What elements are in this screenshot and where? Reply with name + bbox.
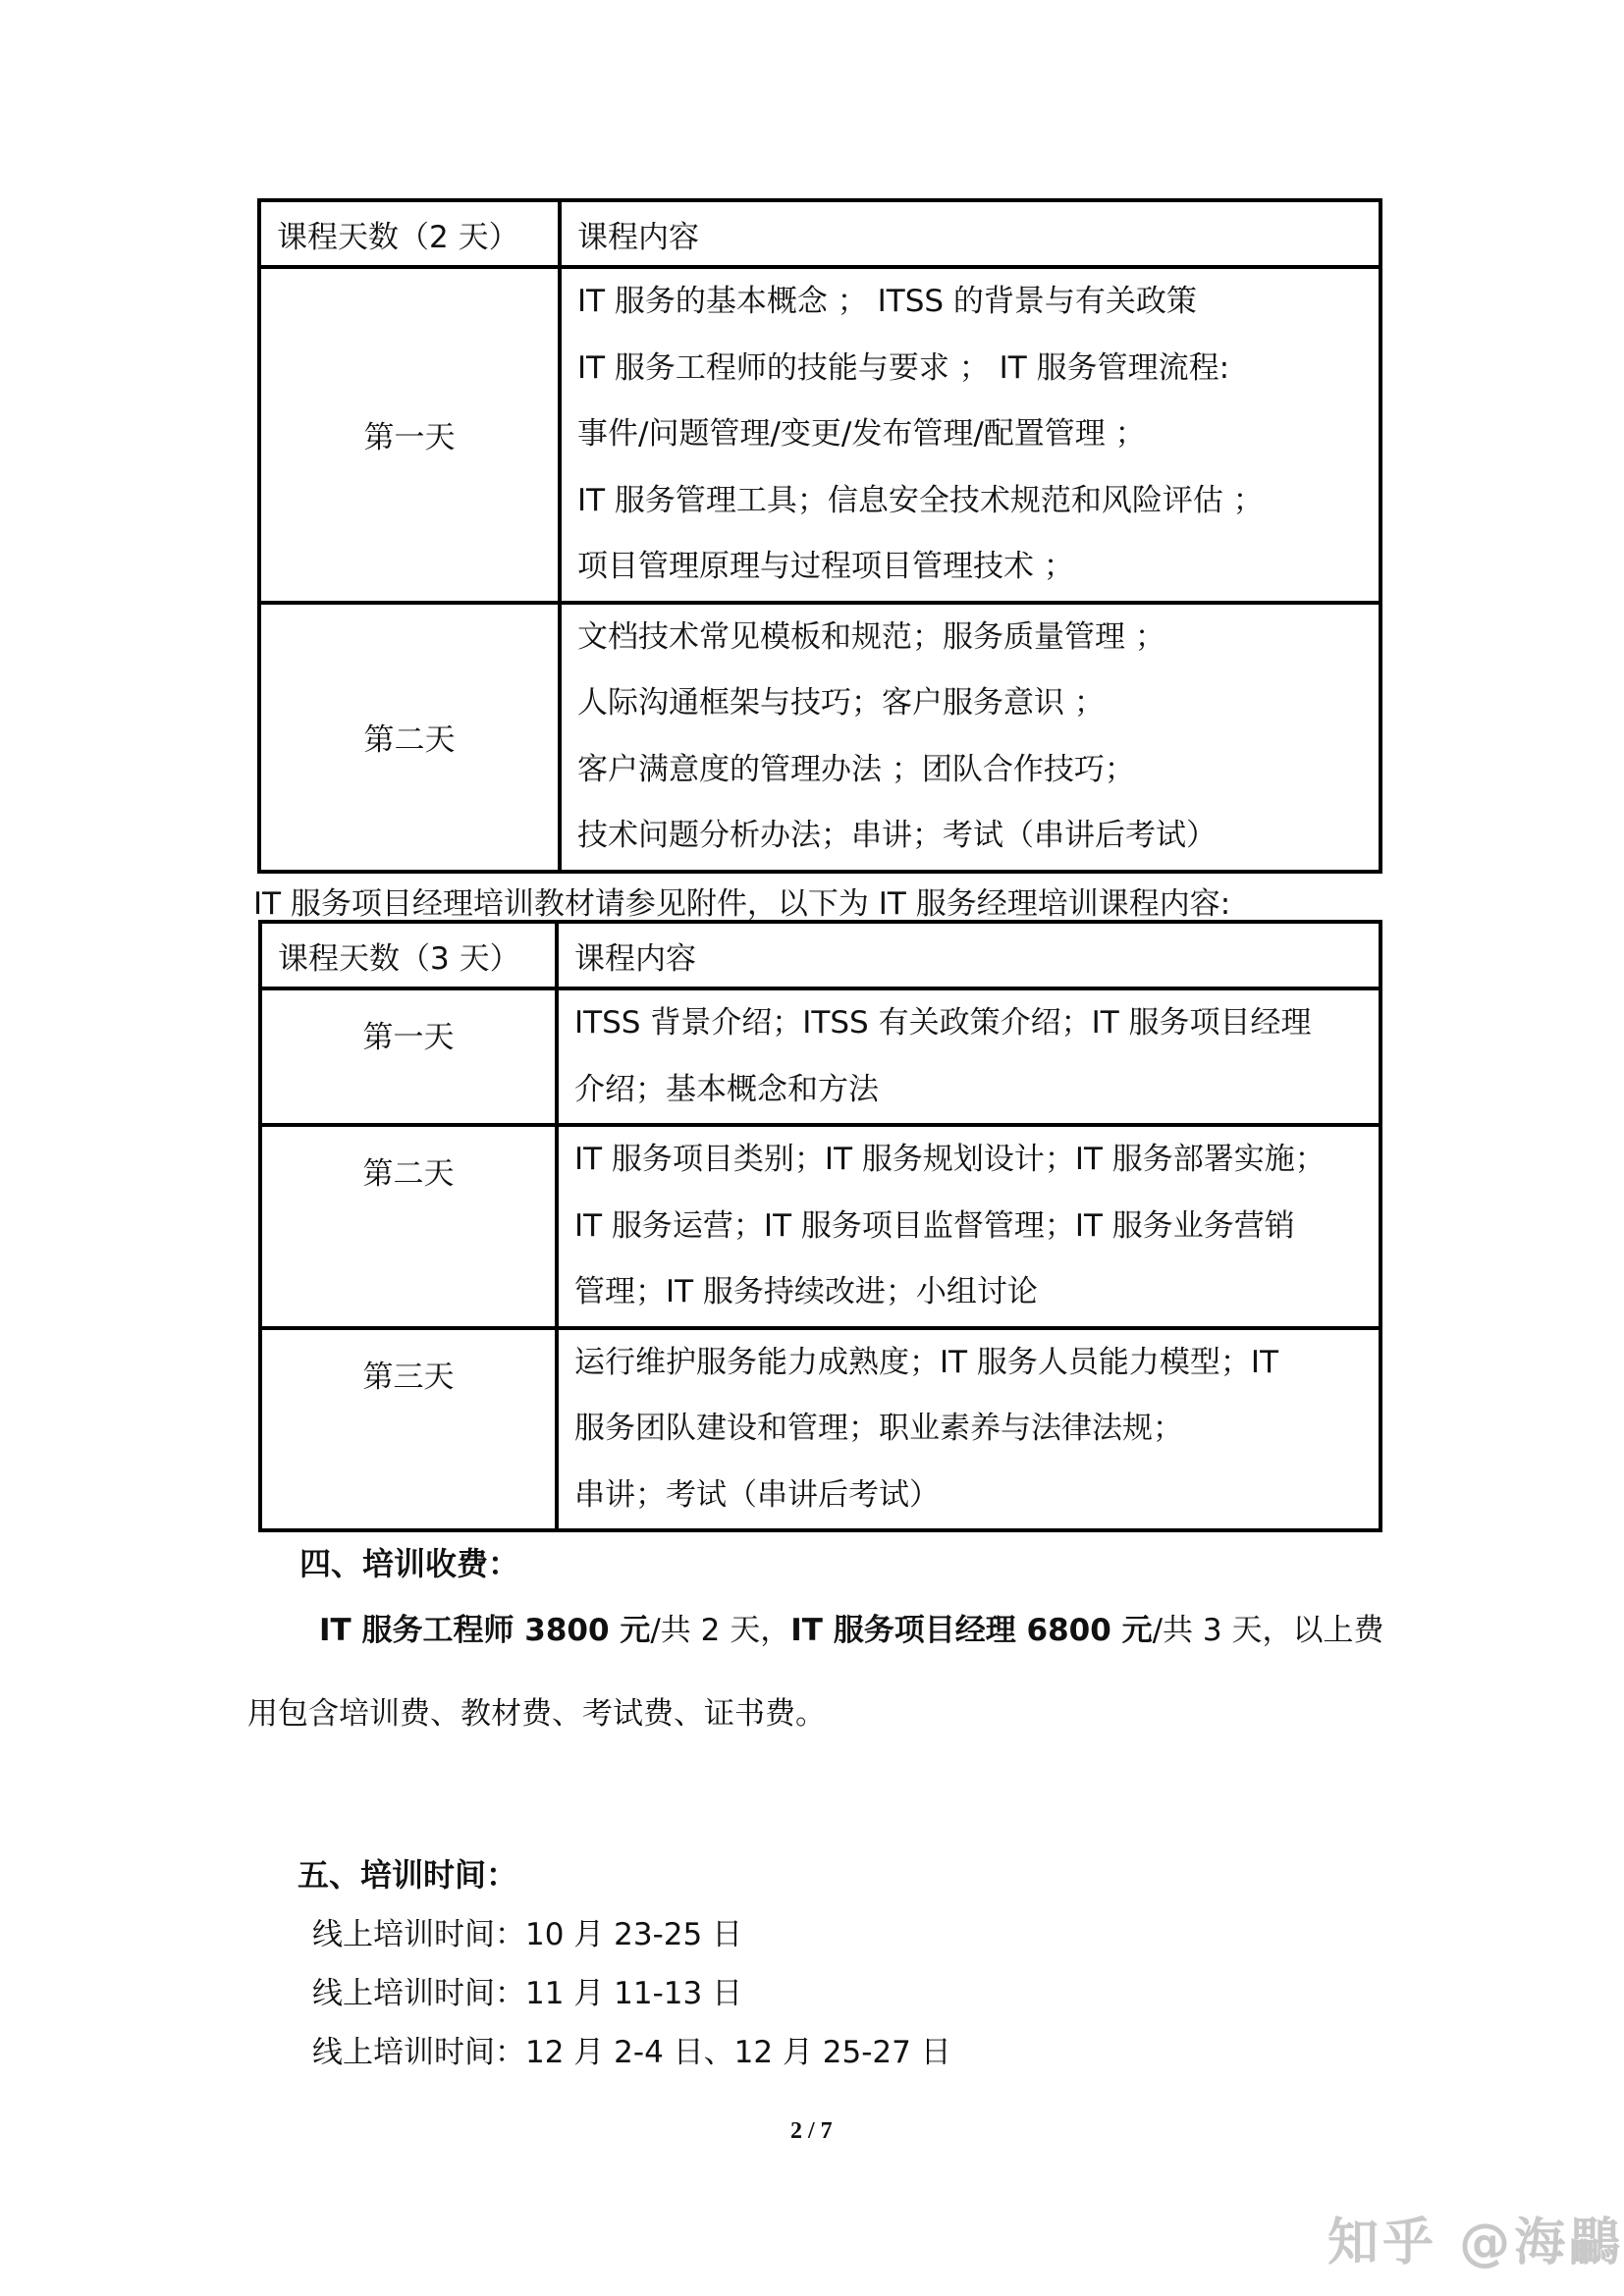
table-row: 第一天 ITSS 背景介绍；ITSS 有关政策介绍；IT 服务项目经理 介绍；基… [260, 988, 1380, 1125]
session-date: 线上培训时间：12 月 2-4 日、12 月 25-27 日 [312, 2027, 951, 2071]
content-line: 事件/问题管理/变更/发布管理/配置管理 ； [577, 401, 1373, 468]
day-label: 第二天 [260, 1125, 557, 1328]
header-content: 课程内容 [557, 922, 1380, 988]
fee-line: IT 服务工程师 3800 元/共 2 天，IT 服务项目经理 6800 元/共… [319, 1605, 1383, 1649]
content-line: IT 服务运营；IT 服务项目监督管理；IT 服务业务营销 [574, 1194, 1373, 1260]
intro-line: IT 服务项目经理培训教材请参见附件，以下为 IT 服务经理培训课程内容: [253, 879, 1230, 923]
session-date: 线上培训时间：10 月 23-25 日 [312, 1909, 742, 1953]
content-line: IT 服务工程师的技能与要求 ； IT 服务管理流程: [577, 336, 1373, 402]
content-line: IT 服务的基本概念 ； ITSS 的背景与有关政策 [577, 269, 1373, 336]
watermark: 知乎 @海鸓 [1327, 2201, 1624, 2274]
table-header-row: 课程天数（3 天） 课程内容 [260, 922, 1380, 988]
content-line: 管理；IT 服务持续改进；小组讨论 [574, 1259, 1373, 1326]
content-line: 串讲；考试（串讲后考试） [574, 1463, 1373, 1529]
day-content: ITSS 背景介绍；ITSS 有关政策介绍；IT 服务项目经理 介绍；基本概念和… [557, 988, 1380, 1125]
manager-fee: IT 服务项目经理 6800 元 [790, 1613, 1152, 1648]
day-label: 第一天 [259, 267, 560, 603]
day-label: 第二天 [259, 603, 560, 872]
engineer-duration: /共 2 天， [650, 1613, 790, 1648]
day-label: 第三天 [260, 1328, 557, 1531]
day-label: 第一天 [260, 988, 557, 1125]
content-line: IT 服务项目类别；IT 服务规划设计；IT 服务部署实施； [574, 1127, 1373, 1194]
content-line: 客户满意度的管理办法 ；团队合作技巧； [577, 737, 1373, 804]
content-line: 运行维护服务能力成熟度；IT 服务人员能力模型；IT [574, 1330, 1373, 1397]
header-days: 课程天数（3 天） [260, 922, 557, 988]
content-line: 项目管理原理与过程项目管理技术 ； [577, 534, 1373, 601]
content-line: 服务团队建设和管理；职业素养与法律法规； [574, 1396, 1373, 1463]
table-row: 第二天 IT 服务项目类别；IT 服务规划设计；IT 服务部署实施； IT 服务… [260, 1125, 1380, 1328]
content-line: 技术问题分析办法；串讲；考试（串讲后考试） [577, 803, 1373, 870]
session-date: 线上培训时间：11 月 11-13 日 [312, 1968, 742, 2012]
fee-includes: 用包含培训费、教材费、考试费、证书费。 [247, 1688, 826, 1733]
table-row: 第二天 文档技术常见模板和规范；服务质量管理 ； 人际沟通框架与技巧；客户服务意… [259, 603, 1380, 872]
content-line: IT 服务管理工具；信息安全技术规范和风险评估 ； [577, 468, 1373, 535]
course-table-engineer: 课程天数（2 天） 课程内容 第一天 IT 服务的基本概念 ； ITSS 的背景… [257, 198, 1382, 874]
header-content: 课程内容 [560, 200, 1380, 267]
table-row: 第一天 IT 服务的基本概念 ； ITSS 的背景与有关政策 IT 服务工程师的… [259, 267, 1380, 603]
engineer-fee: IT 服务工程师 3800 元 [319, 1613, 650, 1648]
course-table-manager: 课程天数（3 天） 课程内容 第一天 ITSS 背景介绍；ITSS 有关政策介绍… [258, 920, 1382, 1532]
table-header-row: 课程天数（2 天） 课程内容 [259, 200, 1380, 267]
content-line: 人际沟通框架与技巧；客户服务意识 ； [577, 670, 1373, 737]
day-content: IT 服务项目类别；IT 服务规划设计；IT 服务部署实施； IT 服务运营；I… [557, 1125, 1380, 1328]
section-heading-fees: 四、培训收费： [299, 1539, 519, 1584]
manager-duration: /共 3 天，以上费 [1153, 1613, 1384, 1648]
table-row: 第三天 运行维护服务能力成熟度；IT 服务人员能力模型；IT 服务团队建设和管理… [260, 1328, 1380, 1531]
day-content: IT 服务的基本概念 ； ITSS 的背景与有关政策 IT 服务工程师的技能与要… [560, 267, 1380, 603]
content-line: 文档技术常见模板和规范；服务质量管理 ； [577, 605, 1373, 671]
content-line: 介绍；基本概念和方法 [574, 1057, 1373, 1124]
section-heading-schedule: 五、培训时间： [298, 1850, 517, 1896]
page-number: 2 / 7 [790, 2118, 833, 2145]
header-days: 课程天数（2 天） [259, 200, 560, 267]
content-line: ITSS 背景介绍；ITSS 有关政策介绍；IT 服务项目经理 [574, 990, 1373, 1057]
day-content: 文档技术常见模板和规范；服务质量管理 ； 人际沟通框架与技巧；客户服务意识 ； … [560, 603, 1380, 872]
day-content: 运行维护服务能力成熟度；IT 服务人员能力模型；IT 服务团队建设和管理；职业素… [557, 1328, 1380, 1531]
